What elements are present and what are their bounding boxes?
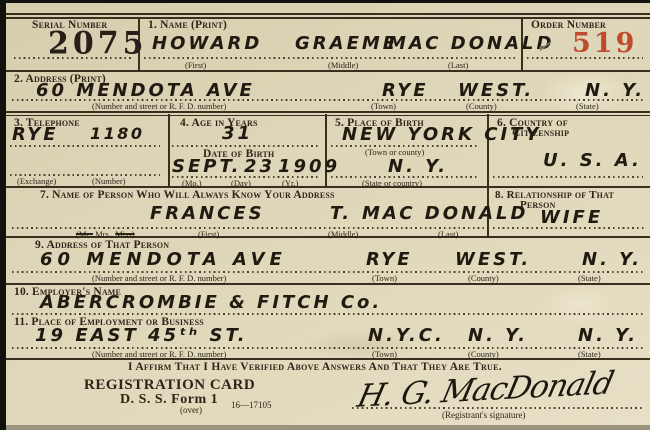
order-number-value: 519 xyxy=(572,28,637,59)
address-state-value: N. Y. xyxy=(585,80,645,101)
order-write-line xyxy=(527,57,643,59)
name-first-value: HOWARD xyxy=(152,33,262,54)
registration-card-scan: Serial Number 2075 1. Name (Print) HOWAR… xyxy=(0,0,650,430)
serial-write-line xyxy=(14,57,132,59)
dob-sub-month: (Mo.) xyxy=(182,178,202,188)
name-write-line xyxy=(144,57,515,59)
address-sub-street: (Number and street or R. F. D. number) xyxy=(92,101,226,111)
contact-sub-mr: (Mr., xyxy=(76,229,93,239)
citizenship-label-line2: Citizenship xyxy=(512,127,569,139)
employment-sub-town: (Town) xyxy=(372,349,397,359)
rule-row2-bottom-inner xyxy=(6,115,650,117)
employment-sub-county: (County) xyxy=(468,349,499,359)
contact-address-county-value: WEST. xyxy=(455,249,531,270)
contact-sub-miss: Miss) xyxy=(115,229,134,239)
address-street-value: 60 MENDOTA AVE xyxy=(36,80,255,101)
age-value: 31 xyxy=(222,123,253,144)
address-sub-county: (County) xyxy=(466,101,497,111)
employment-state-value: N. Y. xyxy=(578,325,638,346)
dob-month-value: SEPT. xyxy=(172,156,242,177)
contact-middle-value: T. xyxy=(330,203,352,224)
dob-sub-day: (Day) xyxy=(231,178,251,188)
divider-phone-age xyxy=(168,114,170,186)
telephone-sub-number: (Number) xyxy=(92,176,126,186)
contact-address-sub-street: (Number and street or R. F. D. number) xyxy=(92,273,226,283)
rule-row3-bottom xyxy=(6,186,650,188)
contact-sub-last: (Last) xyxy=(438,229,458,239)
contact-address-sub-state: (State) xyxy=(578,273,601,283)
contact-address-street-value: 60 MENDOTA AVE xyxy=(40,249,287,270)
telephone-number-value: 1180 xyxy=(90,124,145,143)
employer-write-line xyxy=(12,313,644,315)
telephone-exchange-value: RYE xyxy=(12,124,59,145)
signature-line xyxy=(352,407,644,409)
scan-edge xyxy=(6,425,650,430)
contact-last-value: MAC DONALD xyxy=(362,203,528,224)
contact-address-state-value: N. Y. xyxy=(582,249,642,270)
contact-sub-prefix: (Mr., Mrs., Miss) xyxy=(76,229,135,239)
name-middle-value: GRAEME xyxy=(295,33,398,54)
employment-sub-state: (State) xyxy=(578,349,601,359)
contact-address-town-value: RYE xyxy=(366,249,413,270)
address-sub-town: (Town) xyxy=(371,101,396,111)
contact-sub-first: (First) xyxy=(198,229,219,239)
employment-town-value: N.Y.C. xyxy=(368,325,445,346)
address-sub-state: (State) xyxy=(576,101,599,111)
address-town-value: RYE xyxy=(382,80,429,101)
contact-address-sub-town: (Town) xyxy=(372,273,397,283)
over-note: (over) xyxy=(180,405,202,415)
contact-label: 7. Name of Person Who Will Always Know Y… xyxy=(40,189,335,201)
contact-sub-middle: (Middle) xyxy=(328,229,358,239)
rule-top-outer xyxy=(6,13,650,15)
dob-year-value: 1909 xyxy=(278,156,340,177)
name-label: 1. Name (Print) xyxy=(148,19,227,31)
rule-row1-bottom xyxy=(6,70,650,72)
employment-county-value: N. Y. xyxy=(468,325,528,346)
employer-value: ABERCROMBIE & FITCH Co. xyxy=(40,292,382,313)
age-write-line xyxy=(172,145,320,147)
name-sub-last: (Last) xyxy=(448,60,468,70)
telephone-write-line xyxy=(10,145,160,147)
rule-row9-bottom xyxy=(6,283,650,285)
relationship-value: WIFE xyxy=(540,207,603,228)
telephone-sub-exchange: (Exchange) xyxy=(17,176,56,186)
form-number-title: D. S. S. Form 1 xyxy=(120,392,218,408)
rule-row2-bottom-outer xyxy=(6,111,650,113)
citizenship-write-line xyxy=(493,176,643,178)
dob-day-value: 23 xyxy=(244,156,275,177)
dob-sub-year: (Yr.) xyxy=(282,178,298,188)
affirmation-statement: I Affirm That I Have Verified Above Answ… xyxy=(128,361,502,373)
employment-street-value: 19 EAST 45ᵗʰ ST. xyxy=(35,325,248,346)
name-sub-middle: (Middle) xyxy=(328,60,358,70)
employment-sub-street: (Number and street or R. F. D. number) xyxy=(92,349,226,359)
birth-state-value: N. Y. xyxy=(388,156,448,177)
contact-first-value: FRANCES xyxy=(150,203,265,224)
relationship-write-line xyxy=(493,227,644,229)
signature-sub-label: (Registrant's signature) xyxy=(442,410,525,420)
address-county-value: WEST. xyxy=(458,80,534,101)
name-sub-first: (First) xyxy=(185,60,206,70)
name-last-value: MAC DONALD xyxy=(388,33,554,54)
citizenship-value: U. S. A. xyxy=(543,150,642,171)
contact-address-sub-county: (County) xyxy=(468,273,499,283)
birth-sub-state: (State or country) xyxy=(362,178,422,188)
print-code: 16—17105 xyxy=(231,400,272,410)
contact-sub-mrs: Mrs., xyxy=(95,229,113,239)
